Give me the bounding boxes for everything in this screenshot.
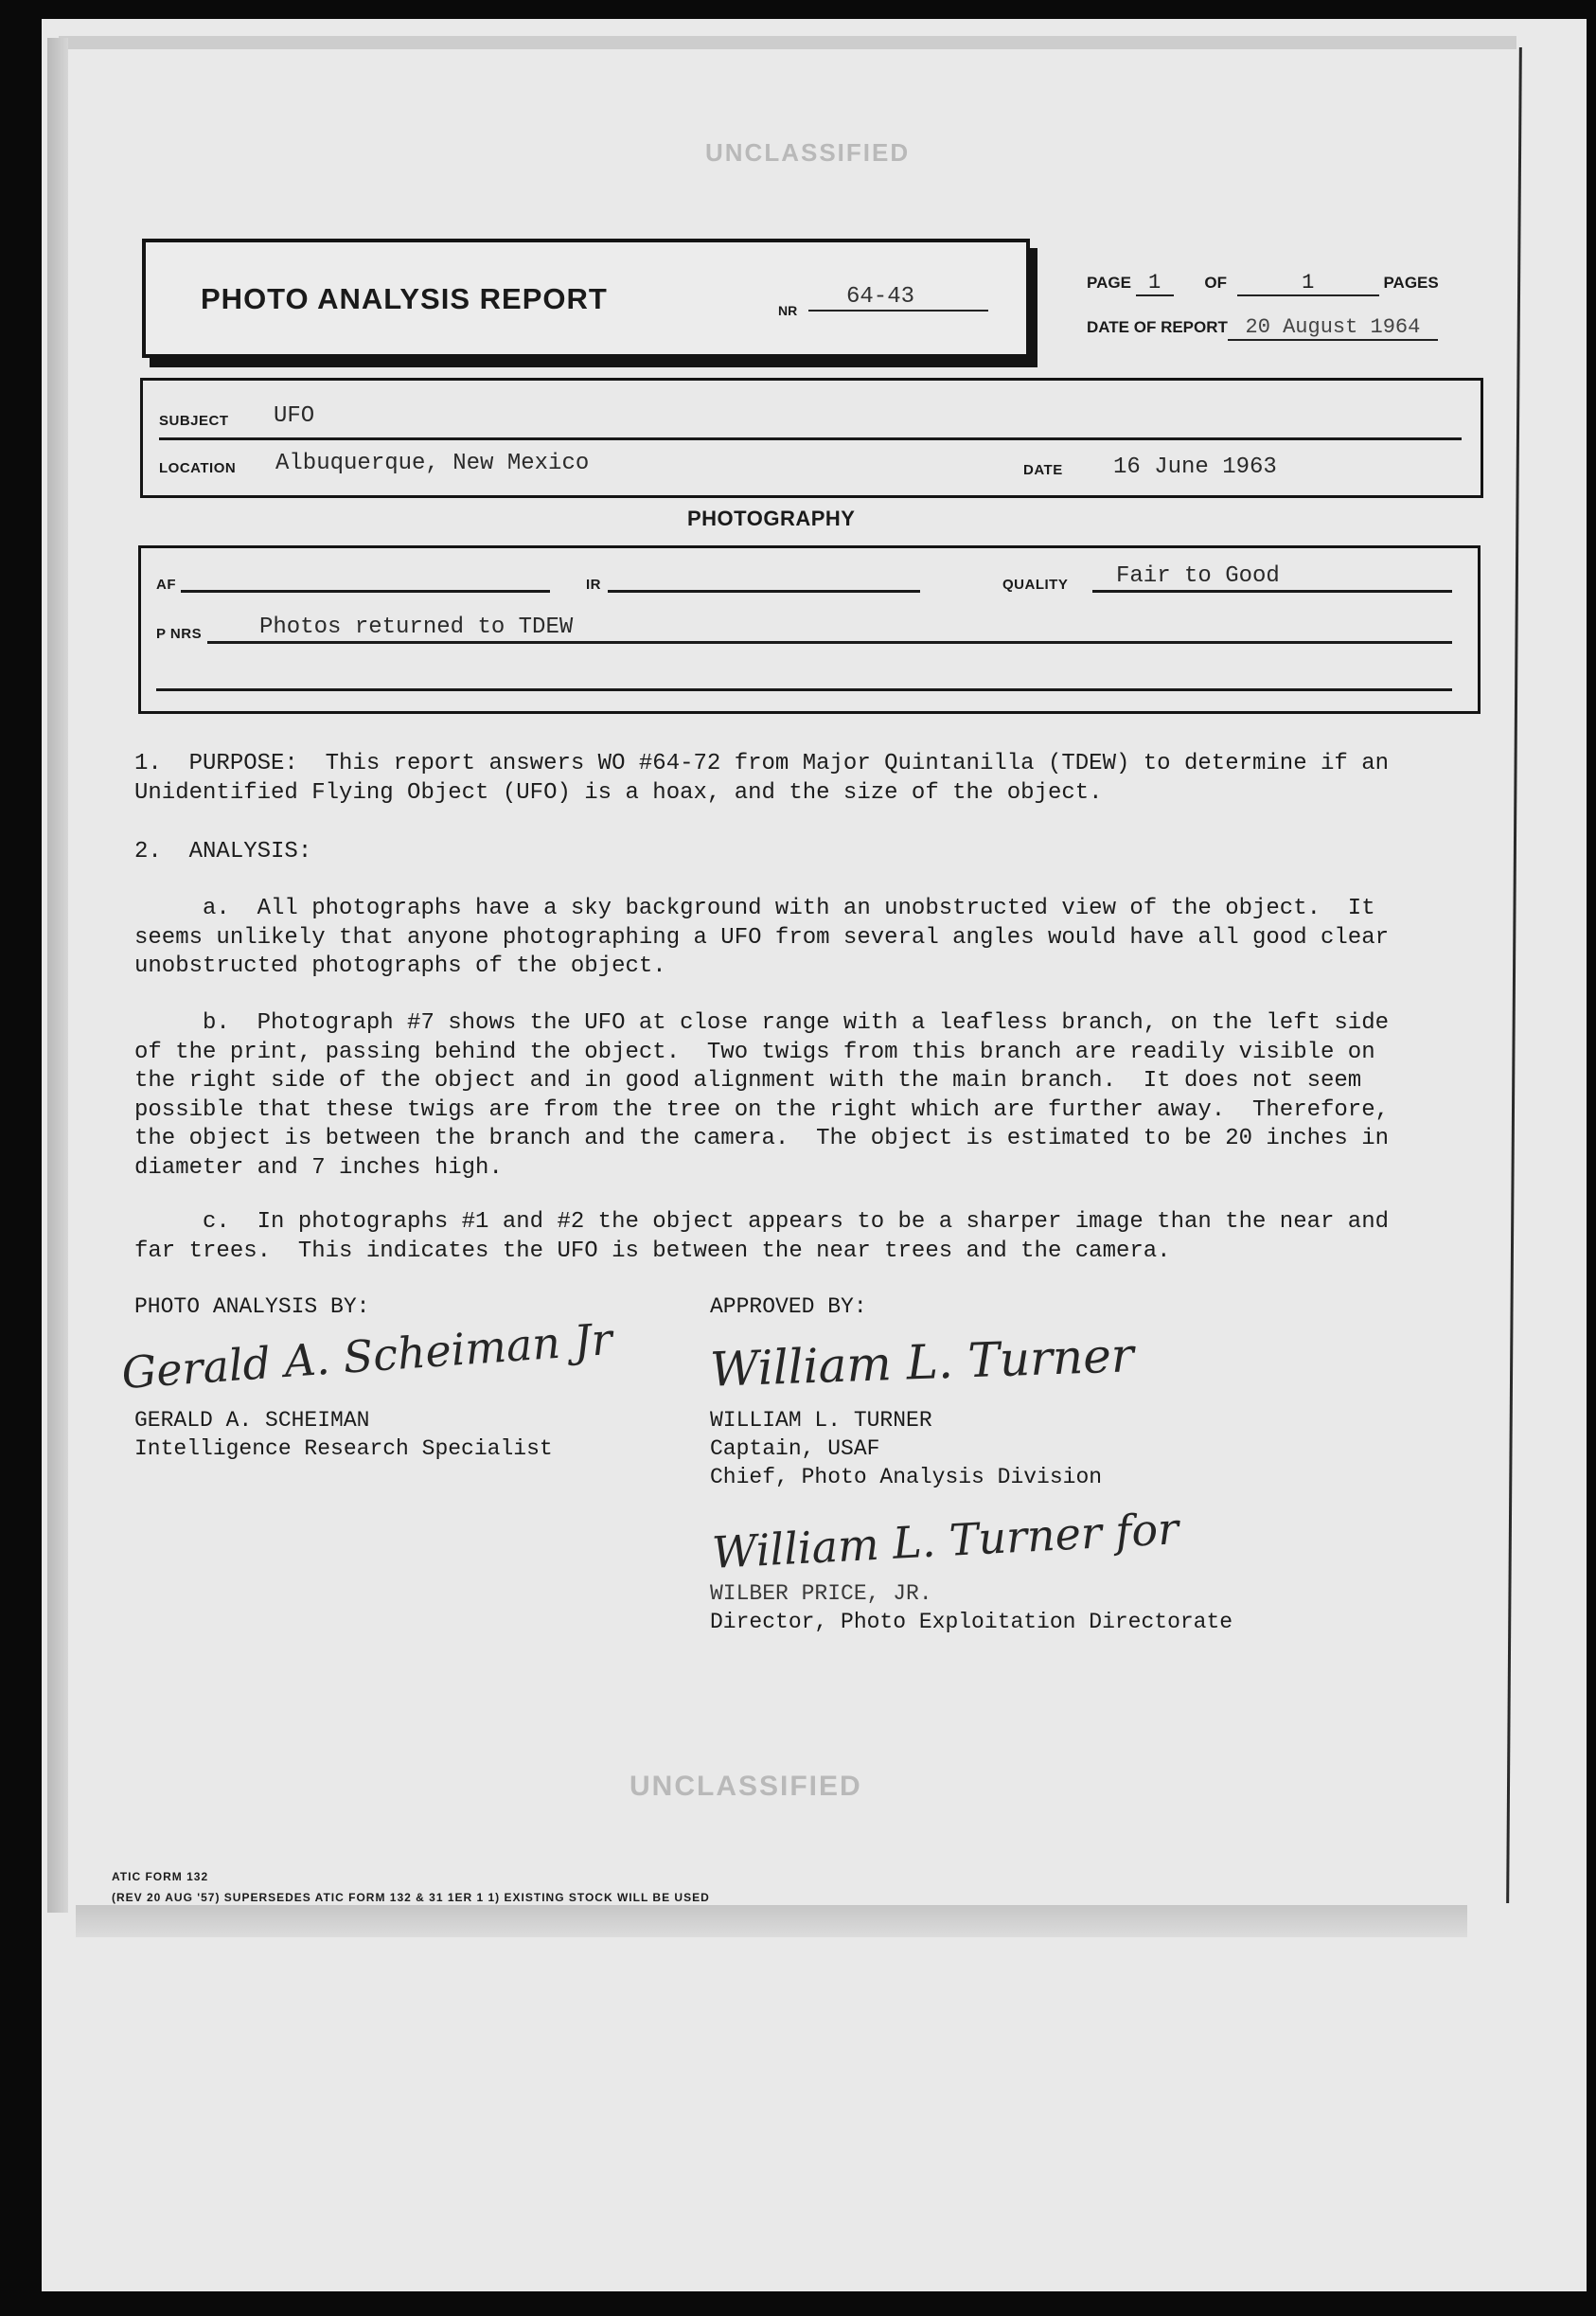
af-label: AF	[156, 577, 176, 593]
analysis-para-b: b. Photograph #7 shows the UFO at close …	[134, 1009, 1498, 1183]
classification-stamp-top: UNCLASSIFIED	[705, 138, 910, 168]
location-value: Albuquerque, New Mexico	[275, 451, 589, 476]
ir-label: IR	[586, 577, 601, 593]
quality-value: Fair to Good	[1116, 563, 1280, 589]
total-pages: 1	[1237, 271, 1379, 296]
approver2-title: Director, Photo Exploitation Directorate	[710, 1608, 1232, 1636]
photo-analysis-by-label: PHOTO ANALYSIS BY:	[134, 1294, 369, 1319]
scan-shadow-bottom	[76, 1905, 1467, 1937]
subject-value: UFO	[274, 403, 314, 429]
scan-shadow-top	[59, 36, 1516, 49]
text-line: of the print, passing behind the object.…	[134, 1039, 1498, 1068]
text-line: diameter and 7 inches high.	[134, 1154, 1498, 1184]
report-title-box: PHOTO ANALYSIS REPORT NR 64-43	[142, 239, 1030, 358]
subject-underline	[159, 437, 1462, 440]
page-info: PAGE 1 OF 1 PAGES DATE OF REPORT20 Augus…	[1087, 271, 1439, 341]
page-label: PAGE	[1087, 274, 1131, 292]
text-line: seems unlikely that anyone photographing…	[134, 924, 1498, 953]
nr-label: NR	[778, 303, 797, 318]
analysis-para-a: a. All photographs have a sky background…	[134, 895, 1498, 982]
subject-box: SUBJECT UFO LOCATION Albuquerque, New Me…	[140, 378, 1483, 498]
pnrs-underline	[207, 641, 1452, 644]
approver1-title: Chief, Photo Analysis Division	[710, 1463, 1102, 1491]
page-number: 1	[1136, 271, 1174, 296]
purpose-line: Unidentified Flying Object (UFO) is a ho…	[134, 779, 1498, 809]
of-label: OF	[1204, 274, 1227, 292]
photography-box: AF IR QUALITY Fair to Good P NRS Photos …	[138, 545, 1481, 714]
analyst-title: Intelligence Research Specialist	[134, 1434, 553, 1463]
scan-border-bottom	[0, 2291, 1596, 2316]
text-line: a. All photographs have a sky background…	[134, 895, 1498, 924]
quality-underline	[1092, 590, 1452, 593]
blank-line	[156, 688, 1452, 691]
date-of-report: 20 August 1964	[1228, 315, 1438, 341]
af-field	[181, 590, 550, 593]
approver1-rank: Captain, USAF	[710, 1434, 1102, 1463]
pnrs-value: Photos returned to TDEW	[259, 615, 573, 640]
scan-shadow-left	[47, 38, 68, 1913]
analysis-heading: 2. ANALYSIS:	[134, 838, 1498, 867]
analyst-block: GERALD A. SCHEIMAN Intelligence Research…	[134, 1406, 553, 1463]
text-line: b. Photograph #7 shows the UFO at close …	[134, 1009, 1498, 1039]
text-line: unobstructed photographs of the object.	[134, 953, 1498, 982]
photography-heading: PHOTOGRAPHY	[687, 507, 855, 531]
subject-label: SUBJECT	[159, 413, 229, 429]
pnrs-label: P NRS	[156, 626, 202, 642]
text-line: possible that these twigs are from the t…	[134, 1096, 1498, 1126]
text-line: far trees. This indicates the UFO is bet…	[134, 1238, 1498, 1267]
approver1-name: WILLIAM L. TURNER	[710, 1406, 1102, 1434]
text-line: the right side of the object and in good…	[134, 1067, 1498, 1096]
classification-stamp-bottom: UNCLASSIFIED	[630, 1771, 862, 1803]
quality-label: QUALITY	[1002, 577, 1068, 593]
report-number: 64-43	[808, 284, 988, 312]
analysis-para-c: c. In photographs #1 and #2 the object a…	[134, 1208, 1498, 1266]
form-id: ATIC FORM 132	[112, 1870, 208, 1883]
date-of-report-label: DATE OF REPORT	[1087, 318, 1228, 336]
pages-label: PAGES	[1383, 274, 1438, 292]
form-revision: (REV 20 AUG '57) SUPERSEDES ATIC FORM 13…	[112, 1891, 964, 1904]
approved-by-label: APPROVED BY:	[710, 1294, 867, 1319]
approver2-name: WILBER PRICE, JR.	[710, 1579, 1232, 1608]
approver2-block: WILBER PRICE, JR. Director, Photo Exploi…	[710, 1579, 1232, 1636]
purpose-paragraph: 1. PURPOSE: This report answers WO #64-7…	[134, 750, 1498, 808]
date-value: 16 June 1963	[1113, 454, 1277, 480]
purpose-line: 1. PURPOSE: This report answers WO #64-7…	[134, 750, 1498, 779]
approver1-block: WILLIAM L. TURNER Captain, USAF Chief, P…	[710, 1406, 1102, 1491]
text-line: c. In photographs #1 and #2 the object a…	[134, 1208, 1498, 1238]
text-line: the object is between the branch and the…	[134, 1125, 1498, 1154]
analyst-name: GERALD A. SCHEIMAN	[134, 1406, 553, 1434]
date-label: DATE	[1023, 462, 1063, 478]
report-title: PHOTO ANALYSIS REPORT	[201, 282, 608, 316]
ir-field	[608, 590, 920, 593]
location-label: LOCATION	[159, 460, 236, 476]
